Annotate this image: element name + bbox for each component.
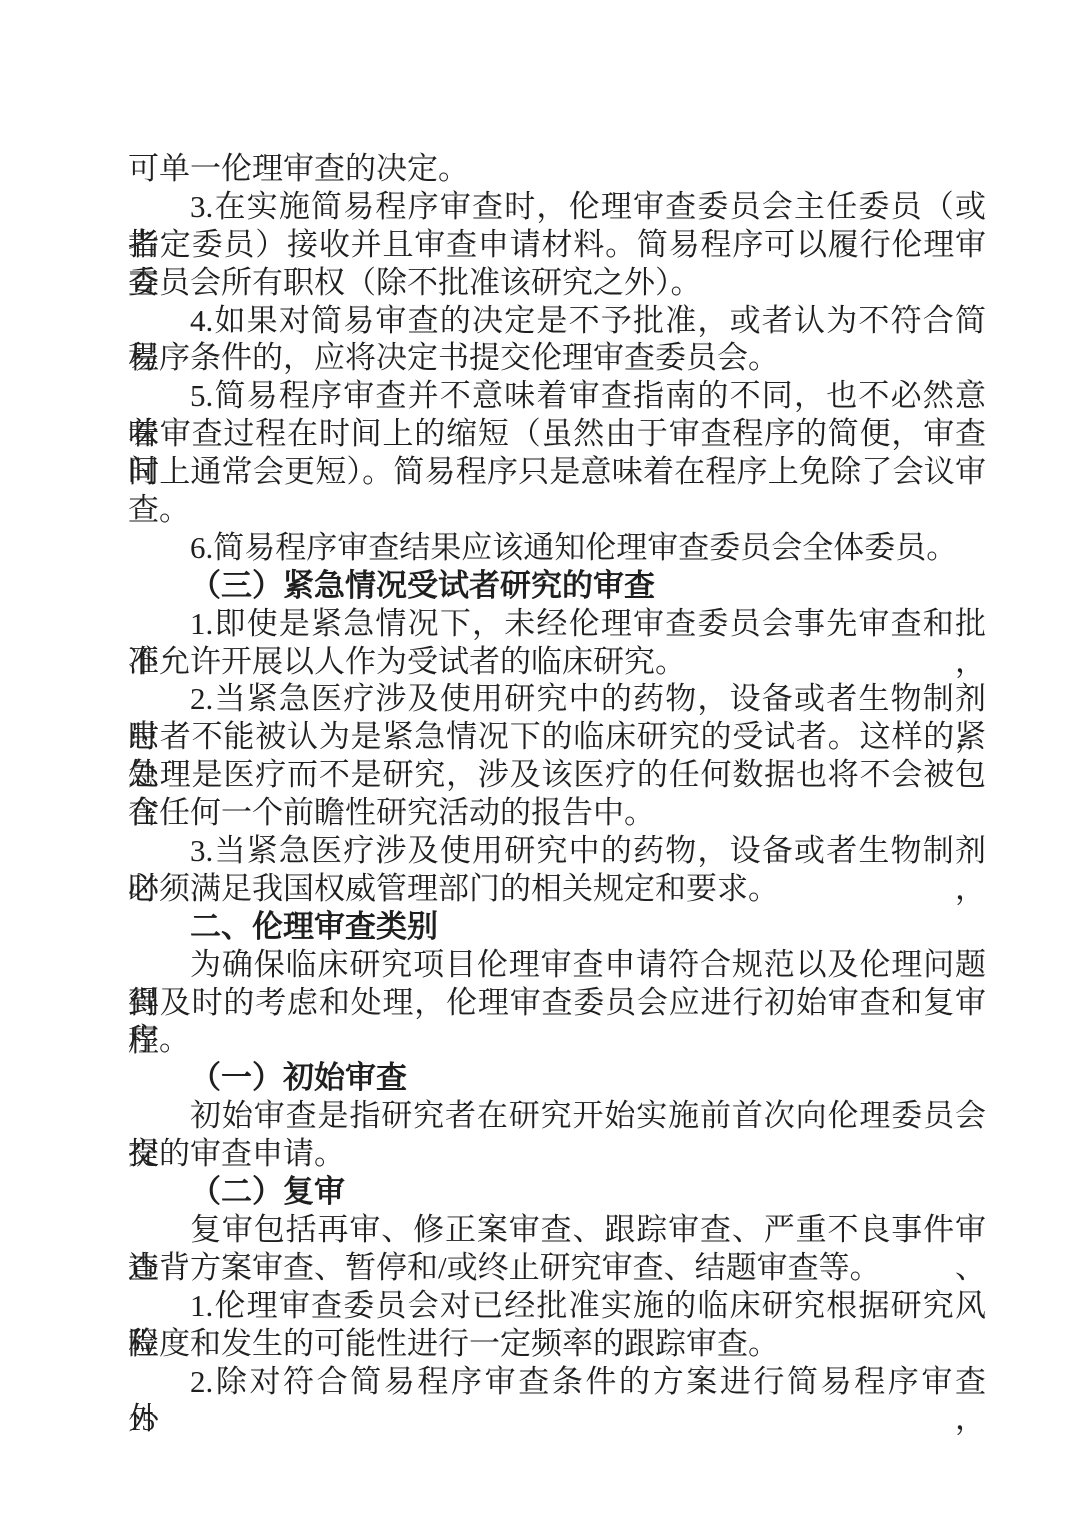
document-page: 可单一伦理审查的决定。 3.在实施简易程序审查时，伦理审查委员会主任委员（或者 …: [0, 0, 1080, 1528]
text-line: 到及时的考虑和处理，伦理审查委员会应进行初始审查和复审程: [128, 984, 986, 1022]
section-heading: （三）紧急情况受试者研究的审查: [128, 567, 986, 605]
text-line: 委员会所有职权（除不批准该研究之外）。: [128, 264, 986, 302]
text-line: 1.伦理审查委员会对已经批准实施的临床研究根据研究风险: [128, 1287, 986, 1325]
page-number: 15: [128, 1405, 155, 1437]
text-line: 2.当紧急医疗涉及使用研究中的药物，设备或者生物制剂时，: [128, 680, 986, 718]
text-line: 间上通常会更短）。简易程序只是意味着在程序上免除了会议审: [128, 453, 986, 491]
text-line: 程度和发生的可能性进行一定频率的跟踪审查。: [128, 1325, 986, 1363]
text-line: 处理是医疗而不是研究，涉及该医疗的任何数据也将不会被包含: [128, 756, 986, 794]
text-line: 初始审查是指研究者在研究开始实施前首次向伦理委员会提: [128, 1097, 986, 1135]
text-line: 2.除对符合简易程序审查条件的方案进行简易程序审查外，: [128, 1363, 986, 1401]
text-line: 可单一伦理审查的决定。: [128, 150, 986, 188]
text-line: 违背方案审查、暂停和/或终止研究审查、结题审查等。: [128, 1249, 986, 1287]
text-line: 患者不能被认为是紧急情况下的临床研究的受试者。这样的紧急: [128, 718, 986, 756]
text-line: 4.如果对简易审查的决定是不予批准，或者认为不符合简易: [128, 302, 986, 340]
text-line: 着审查过程在时间上的缩短（虽然由于审查程序的简便，审查时: [128, 415, 986, 453]
text-line: 3.当紧急医疗涉及使用研究中的药物，设备或者生物制剂时，: [128, 832, 986, 870]
text-line: 5.简易程序审查并不意味着审查指南的不同，也不必然意味: [128, 377, 986, 415]
text-line: 6.简易程序审查结果应该通知伦理审查委员会全体委员。: [128, 529, 986, 567]
text-line: 序。: [128, 1021, 986, 1059]
text-line: 3.在实施简易程序审查时，伦理审查委员会主任委员（或者: [128, 188, 986, 226]
text-line: 必须满足我国权威管理部门的相关规定和要求。: [128, 870, 986, 908]
section-heading: 二、伦理审查类别: [128, 908, 986, 946]
text-line: 交的审查申请。: [128, 1135, 986, 1173]
text-line: 指定委员）接收并且审查申请材料。简易程序可以履行伦理审查: [128, 226, 986, 264]
document-text-block: 可单一伦理审查的决定。 3.在实施简易程序审查时，伦理审查委员会主任委员（或者 …: [128, 150, 986, 1400]
section-heading: （一）初始审查: [128, 1059, 986, 1097]
text-line: 复审包括再审、修正案审查、跟踪审查、严重不良事件审查、: [128, 1211, 986, 1249]
text-line: 为确保临床研究项目伦理审查申请符合规范以及伦理问题得: [128, 946, 986, 984]
text-line: 不允许开展以人作为受试者的临床研究。: [128, 643, 986, 681]
text-line: 程序条件的，应将决定书提交伦理审查委员会。: [128, 339, 986, 377]
text-line: 在任何一个前瞻性研究活动的报告中。: [128, 794, 986, 832]
text-line: 1.即使是紧急情况下，未经伦理审查委员会事先审查和批准，: [128, 605, 986, 643]
section-heading: （二）复审: [128, 1173, 986, 1211]
text-line: 查。: [128, 491, 986, 529]
